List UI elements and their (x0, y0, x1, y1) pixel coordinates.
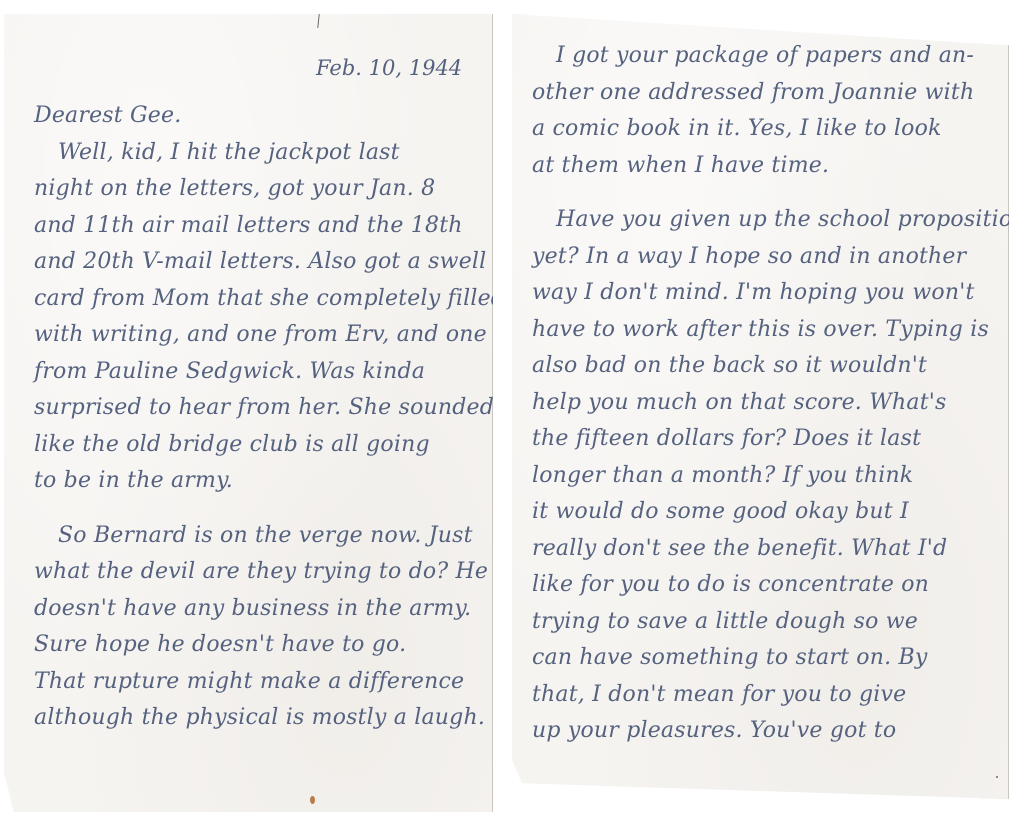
salutation: Dearest Gee. (34, 98, 505, 135)
text-line: help you much on that score. What's (532, 385, 1024, 422)
paragraph-gap (34, 500, 505, 518)
page-2-body: I got your package of papers and an- oth… (532, 38, 1024, 750)
page-1-body: Dearest Gee. Well, kid, I hit the jackpo… (34, 98, 505, 737)
text-line: also bad on the back so it wouldn't (532, 348, 1024, 385)
text-line: longer than a month? If you think (532, 458, 1024, 495)
text-line: surprised to hear from her. She sounded (34, 390, 505, 427)
text-line: although the physical is mostly a laugh. (34, 700, 505, 737)
text-line: other one addressed from Joannie with (532, 75, 1024, 112)
text-line: at them when I have time. (532, 148, 1024, 185)
text-line: night on the letters, got your Jan. 8 (34, 171, 505, 208)
text-line: have to work after this is over. Typing … (532, 312, 1024, 349)
paper-stain (310, 796, 315, 804)
text-line: it would do some good okay but I (532, 494, 1024, 531)
scanned-letter: Feb. 10, 1944 Dearest Gee. Well, kid, I … (0, 0, 1024, 817)
text-line: that, I don't mean for you to give (532, 677, 1024, 714)
text-line: up your pleasures. You've got to (532, 713, 1024, 750)
text-line: can have something to start on. By (532, 640, 1024, 677)
text-line: like the old bridge club is all going (34, 427, 505, 464)
text-line: from Pauline Sedgwick. Was kinda (34, 354, 505, 391)
text-line: a comic book in it. Yes, I like to look (532, 111, 1024, 148)
text-line: Have you given up the school proposition (532, 202, 1024, 239)
text-line: what the devil are they trying to do? He (34, 554, 505, 591)
text-line: Well, kid, I hit the jackpot last (34, 135, 505, 172)
text-line: That rupture might make a difference (34, 664, 505, 701)
text-line: doesn't have any business in the army. (34, 591, 505, 628)
text-line: Sure hope he doesn't have to go. (34, 627, 505, 664)
text-line: really don't see the benefit. What I'd (532, 531, 1024, 568)
text-line: So Bernard is on the verge now. Just (34, 518, 505, 555)
letter-page-2: I got your package of papers and an- oth… (512, 14, 1009, 799)
text-line: like for you to do is concentrate on (532, 567, 1024, 604)
paragraph-gap (532, 184, 1024, 202)
text-line: and 20th V-mail letters. Also got a swel… (34, 244, 505, 281)
paper-crease-mark (317, 14, 319, 28)
text-line: yet? In a way I hope so and in another (532, 239, 1024, 276)
letter-page-1: Feb. 10, 1944 Dearest Gee. Well, kid, I … (4, 14, 493, 812)
text-line: I got your package of papers and an- (532, 38, 1024, 75)
letter-date: Feb. 10, 1944 (316, 56, 462, 80)
text-line: the fifteen dollars for? Does it last (532, 421, 1024, 458)
text-line: way I don't mind. I'm hoping you won't (532, 275, 1024, 312)
text-line: and 11th air mail letters and the 18th (34, 208, 505, 245)
text-line: trying to save a little dough so we (532, 604, 1024, 641)
paper-speck (996, 776, 998, 778)
text-line: card from Mom that she completely filled (34, 281, 505, 318)
text-line: to be in the army. (34, 463, 505, 500)
text-line: with writing, and one from Erv, and one (34, 317, 505, 354)
